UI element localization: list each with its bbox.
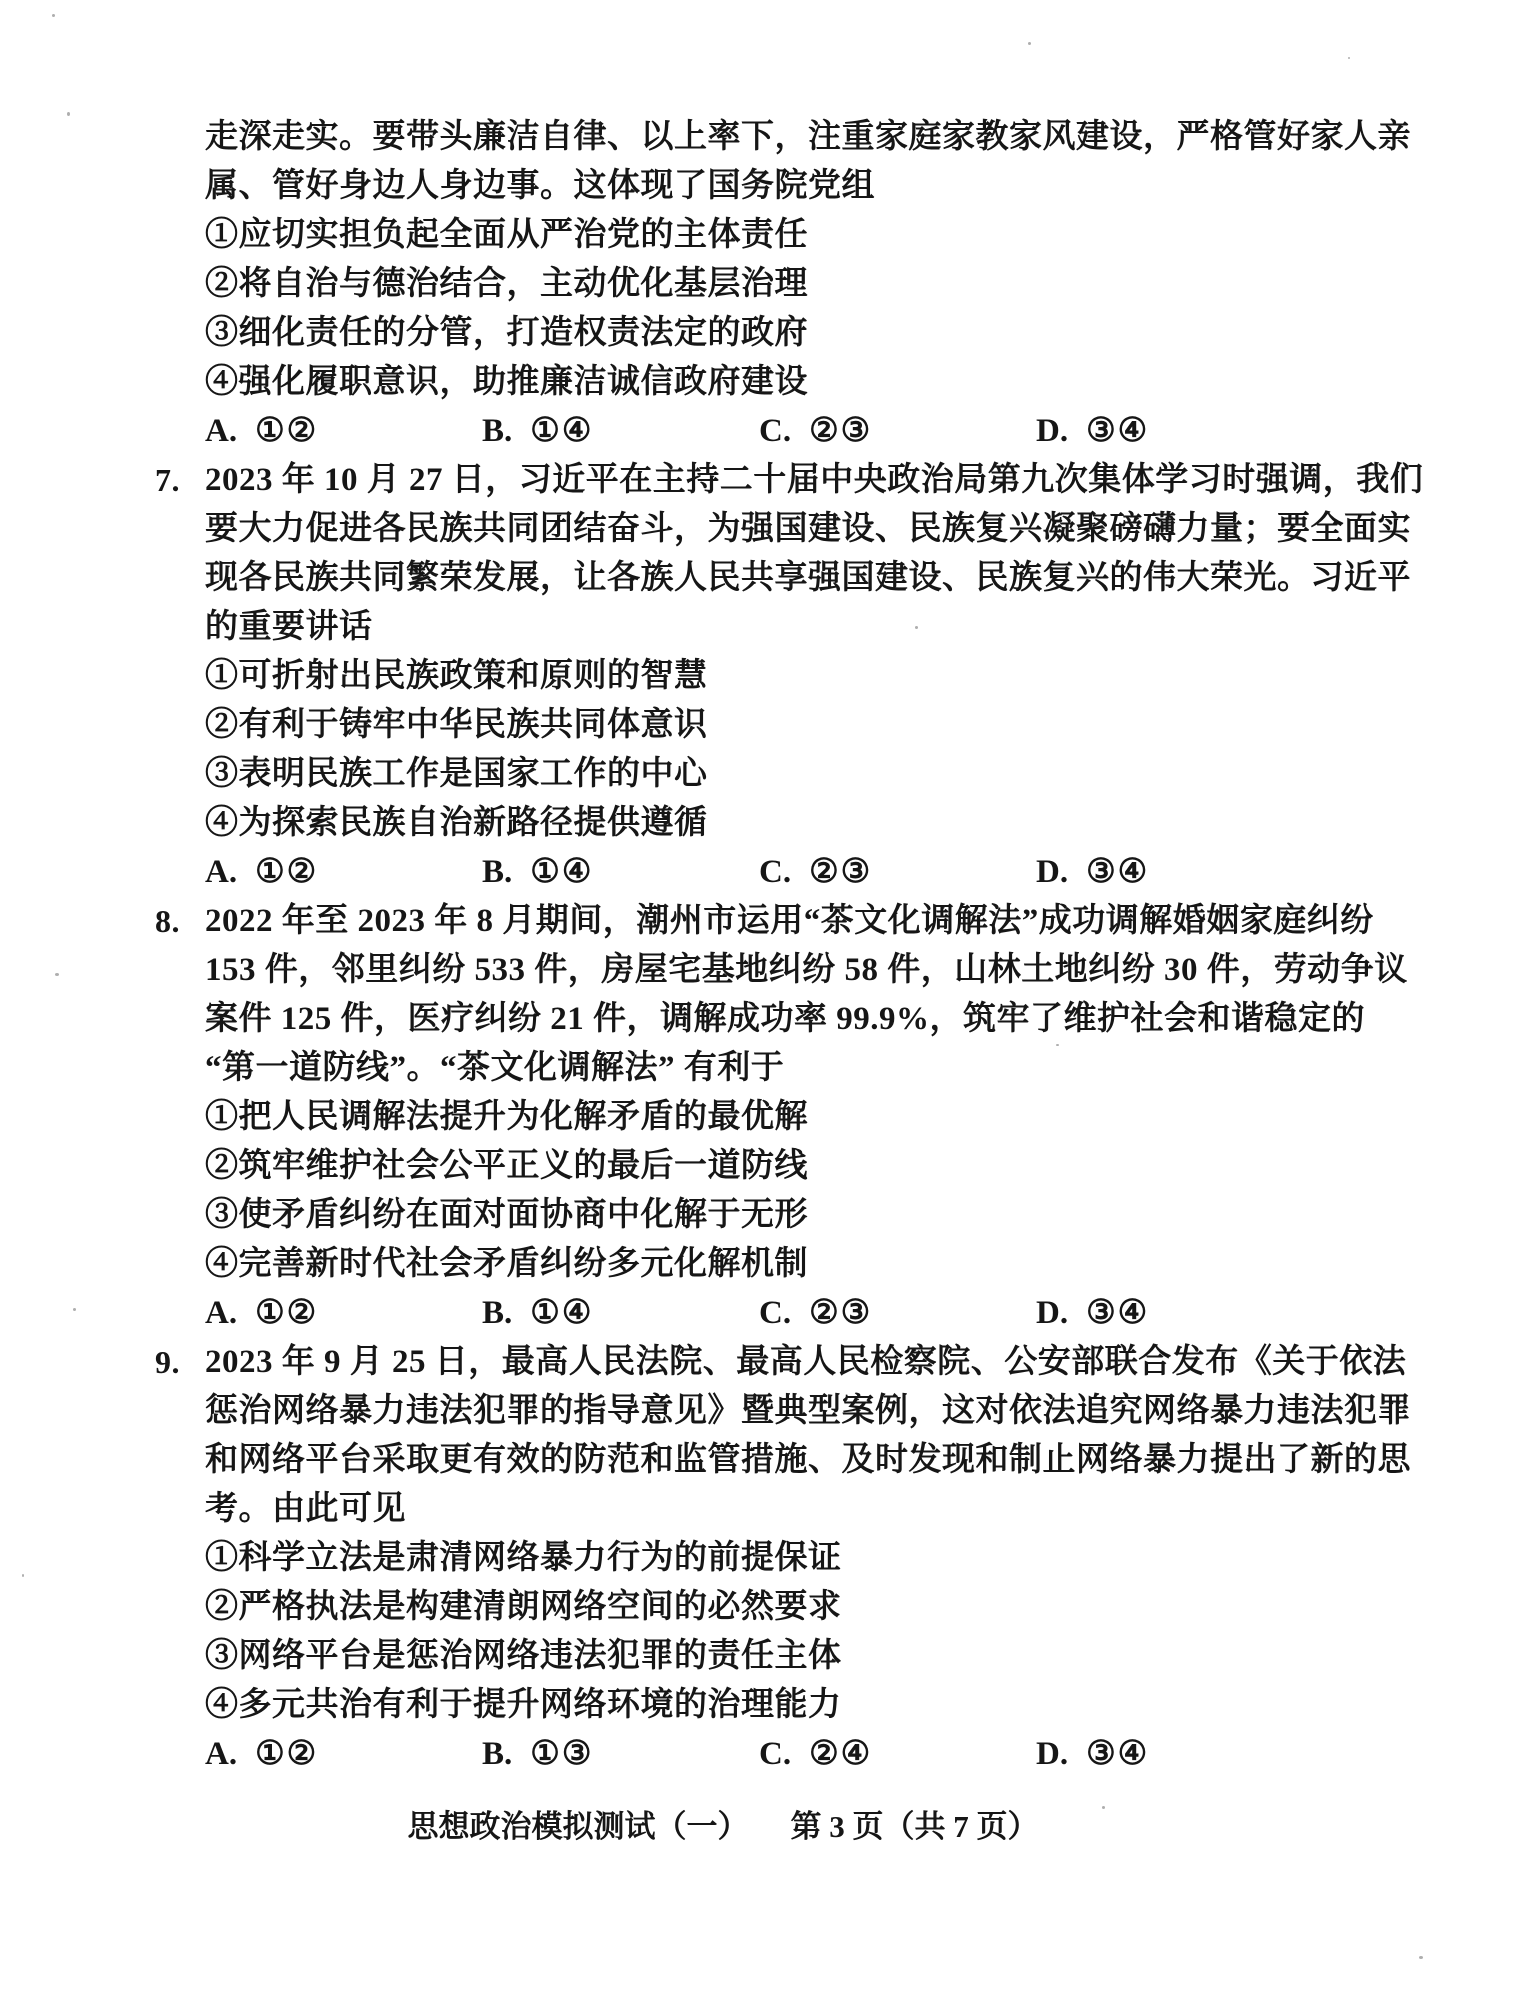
option-value: ①④ bbox=[530, 1295, 593, 1331]
option-label: C. bbox=[759, 1295, 791, 1331]
question-choice-line: ①可折射出民族政策和原则的智慧 bbox=[205, 652, 1445, 701]
option-a: A.①② bbox=[205, 848, 318, 897]
question-choice-line: ③使矛盾纠纷在面对面协商中化解于无形 bbox=[205, 1191, 1445, 1240]
option-value: ②④ bbox=[809, 1736, 872, 1772]
question-line: 属、管好身边人身边事。这体现了国务院党组 bbox=[205, 162, 1445, 211]
option-value: ②③ bbox=[809, 1295, 872, 1331]
scan-speck bbox=[52, 14, 55, 17]
option-value: ②③ bbox=[809, 413, 872, 449]
question-number: 7. bbox=[155, 456, 205, 505]
question-line: 惩治网络暴力违法犯罪的指导意见》暨典型案例，这对依法追究网络暴力违法犯罪 bbox=[205, 1387, 1445, 1436]
question-choice-line: ②有利于铸牢中华民族共同体意识 bbox=[205, 701, 1445, 750]
question-choice-line: ④完善新时代社会矛盾纠纷多元化解机制 bbox=[205, 1240, 1445, 1289]
option-b: B.①④ bbox=[482, 407, 593, 456]
option-b: B.①④ bbox=[482, 848, 593, 897]
option-a: A.①② bbox=[205, 407, 318, 456]
footer-title: 思想政治模拟测试（一） bbox=[408, 1802, 749, 1851]
option-label: B. bbox=[482, 854, 512, 890]
options-row: A.①② B.①③ C.②④ D.③④ bbox=[205, 1730, 1445, 1779]
question-choice-line: ③网络平台是惩治网络违法犯罪的责任主体 bbox=[205, 1632, 1445, 1681]
options-row: A.①② B.①④ C.②③ D.③④ bbox=[205, 1289, 1445, 1338]
options-row: A.①② B.①④ C.②③ D.③④ bbox=[205, 407, 1445, 456]
question-line: 现各民族共同繁荣发展，让各族人民共享强国建设、民族复兴的伟大荣光。习近平 bbox=[205, 554, 1445, 603]
question-line: 案件 125 件，医疗纠纷 21 件，调解成功率 99.9%，筑牢了维护社会和谐… bbox=[205, 995, 1445, 1044]
option-value: ③④ bbox=[1086, 854, 1149, 890]
question-number: 9. bbox=[155, 1338, 205, 1387]
option-label: A. bbox=[205, 413, 237, 449]
option-label: D. bbox=[1036, 854, 1068, 890]
footer-page-number: 第 3 页（共 7 页） bbox=[791, 1802, 1039, 1851]
option-label: A. bbox=[205, 1736, 237, 1772]
option-value: ③④ bbox=[1086, 1736, 1149, 1772]
option-label: B. bbox=[482, 1736, 512, 1772]
option-value: ①③ bbox=[530, 1736, 593, 1772]
option-b: B.①③ bbox=[482, 1730, 593, 1779]
question-8: 8.2022 年至 2023 年 8 月期间，潮州市运用“茶文化调解法”成功调解… bbox=[205, 897, 1445, 1338]
scan-speck bbox=[1419, 1956, 1423, 1959]
option-value: ①② bbox=[255, 1736, 318, 1772]
question-line: 考。由此可见 bbox=[205, 1485, 1445, 1534]
option-label: B. bbox=[482, 1295, 512, 1331]
option-d: D.③④ bbox=[1036, 1289, 1149, 1338]
option-label: A. bbox=[205, 854, 237, 890]
question-line: 7.2023 年 10 月 27 日，习近平在主持二十届中央政治局第九次集体学习… bbox=[205, 456, 1445, 505]
question-choice-line: ④强化履职意识，助推廉洁诚信政府建设 bbox=[205, 358, 1445, 407]
option-label: B. bbox=[482, 413, 512, 449]
option-c: C.②③ bbox=[759, 407, 872, 456]
option-d: D.③④ bbox=[1036, 848, 1149, 897]
question-choice-line: ③表明民族工作是国家工作的中心 bbox=[205, 750, 1445, 799]
option-a: A.①② bbox=[205, 1730, 318, 1779]
question-choice-line: ②严格执法是构建清朗网络空间的必然要求 bbox=[205, 1583, 1445, 1632]
questions-area: 走深走实。要带头廉洁自律、以上率下，注重家庭家教家风建设，严格管好家人亲 属、管… bbox=[205, 113, 1445, 1779]
question-choice-line: ④多元共治有利于提升网络环境的治理能力 bbox=[205, 1681, 1445, 1730]
scan-speck bbox=[1348, 57, 1350, 59]
question-9: 9.2023 年 9 月 25 日，最高人民法院、最高人民检察院、公安部联合发布… bbox=[205, 1338, 1445, 1779]
option-c: C.②④ bbox=[759, 1730, 872, 1779]
exam-page: 走深走实。要带头廉洁自律、以上率下，注重家庭家教家风建设，严格管好家人亲 属、管… bbox=[0, 0, 1536, 1990]
scan-speck bbox=[73, 1308, 76, 1311]
question-line-text: 2022 年至 2023 年 8 月期间，潮州市运用“茶文化调解法”成功调解婚姻… bbox=[205, 903, 1374, 939]
scan-speck bbox=[22, 1574, 24, 1577]
scan-speck bbox=[1102, 1806, 1105, 1809]
option-d: D.③④ bbox=[1036, 407, 1149, 456]
scan-speck bbox=[67, 112, 70, 116]
option-value: ①④ bbox=[530, 854, 593, 890]
question-choice-line: ④为探索民族自治新路径提供遵循 bbox=[205, 799, 1445, 848]
option-value: ①④ bbox=[530, 413, 593, 449]
question-line: 的重要讲话 bbox=[205, 603, 1445, 652]
question-line: 要大力促进各民族共同团结奋斗，为强国建设、民族复兴凝聚磅礴力量；要全面实 bbox=[205, 505, 1445, 554]
option-value: ③④ bbox=[1086, 413, 1149, 449]
scan-speck bbox=[55, 973, 59, 976]
question-line: 153 件，邻里纠纷 533 件，房屋宅基地纠纷 58 件，山林土地纠纷 30 … bbox=[205, 946, 1445, 995]
question-choice-line: ③细化责任的分管，打造权责法定的政府 bbox=[205, 309, 1445, 358]
question-line-text: 2023 年 10 月 27 日，习近平在主持二十届中央政治局第九次集体学习时强… bbox=[205, 462, 1423, 498]
question-line: 9.2023 年 9 月 25 日，最高人民法院、最高人民检察院、公安部联合发布… bbox=[205, 1338, 1445, 1387]
question-line: 8.2022 年至 2023 年 8 月期间，潮州市运用“茶文化调解法”成功调解… bbox=[205, 897, 1445, 946]
option-value: ①② bbox=[255, 1295, 318, 1331]
scan-speck bbox=[1028, 42, 1031, 45]
option-label: C. bbox=[759, 413, 791, 449]
question-7: 7.2023 年 10 月 27 日，习近平在主持二十届中央政治局第九次集体学习… bbox=[205, 456, 1445, 897]
option-value: ②③ bbox=[809, 854, 872, 890]
question-line: “第一道防线”。“茶文化调解法” 有利于 bbox=[205, 1044, 1445, 1093]
scan-speck bbox=[915, 626, 918, 629]
options-row: A.①② B.①④ C.②③ D.③④ bbox=[205, 848, 1445, 897]
question-choice-line: ①把人民调解法提升为化解矛盾的最优解 bbox=[205, 1093, 1445, 1142]
page-footer: 思想政治模拟测试（一） 第 3 页（共 7 页） bbox=[0, 1802, 1536, 1851]
question-line: 走深走实。要带头廉洁自律、以上率下，注重家庭家教家风建设，严格管好家人亲 bbox=[205, 113, 1445, 162]
question-line-text: 2023 年 9 月 25 日，最高人民法院、最高人民检察院、公安部联合发布《关… bbox=[205, 1344, 1406, 1380]
scan-speck bbox=[1056, 1044, 1059, 1046]
option-value: ①② bbox=[255, 413, 318, 449]
option-label: C. bbox=[759, 854, 791, 890]
question-choice-line: ①应切实担负起全面从严治党的主体责任 bbox=[205, 211, 1445, 260]
option-label: D. bbox=[1036, 413, 1068, 449]
option-label: D. bbox=[1036, 1295, 1068, 1331]
question-6-continuation: 走深走实。要带头廉洁自律、以上率下，注重家庭家教家风建设，严格管好家人亲 属、管… bbox=[205, 113, 1445, 456]
question-number: 8. bbox=[155, 897, 205, 946]
question-choice-line: ①科学立法是肃清网络暴力行为的前提保证 bbox=[205, 1534, 1445, 1583]
option-label: A. bbox=[205, 1295, 237, 1331]
question-choice-line: ②筑牢维护社会公平正义的最后一道防线 bbox=[205, 1142, 1445, 1191]
option-a: A.①② bbox=[205, 1289, 318, 1338]
question-line: 和网络平台采取更有效的防范和监管措施、及时发现和制止网络暴力提出了新的思 bbox=[205, 1436, 1445, 1485]
option-b: B.①④ bbox=[482, 1289, 593, 1338]
option-label: C. bbox=[759, 1736, 791, 1772]
option-value: ③④ bbox=[1086, 1295, 1149, 1331]
option-c: C.②③ bbox=[759, 848, 872, 897]
option-label: D. bbox=[1036, 1736, 1068, 1772]
option-value: ①② bbox=[255, 854, 318, 890]
option-d: D.③④ bbox=[1036, 1730, 1149, 1779]
question-choice-line: ②将自治与德治结合，主动优化基层治理 bbox=[205, 260, 1445, 309]
option-c: C.②③ bbox=[759, 1289, 872, 1338]
